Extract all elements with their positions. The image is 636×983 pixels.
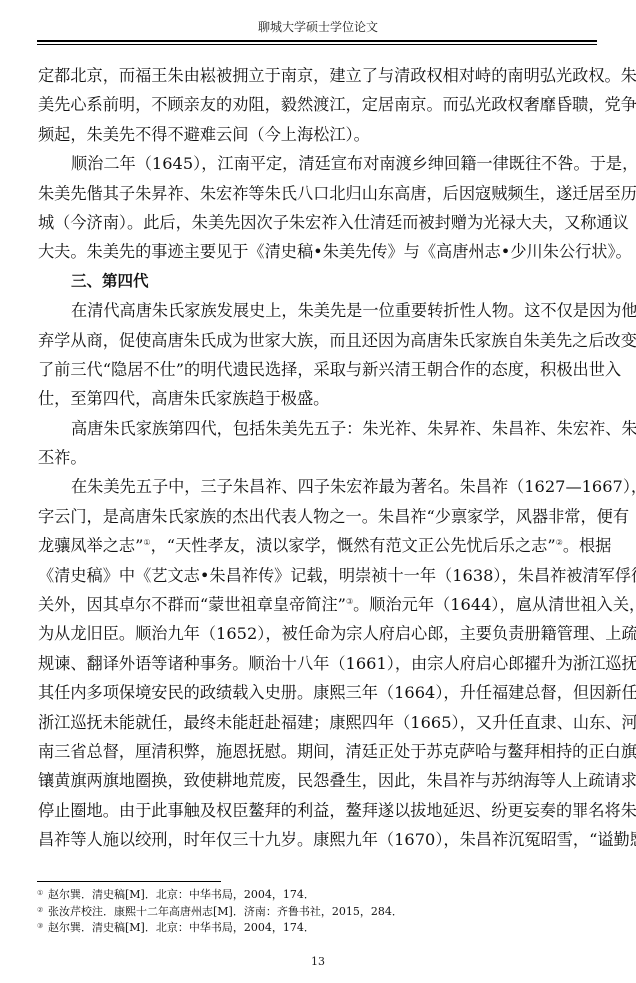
section-heading: 三、第四代 — [38, 267, 598, 296]
body-line: 镶黄旗两旗地圈换，致使耕地荒废，民怨叠生，因此，朱昌祚与苏纳海等人上疏请求 — [38, 766, 598, 795]
footnote-item: ③赵尔巽．清史稿[M]．北京：中华书局，2004，174． — [37, 919, 597, 936]
body-line: 仕，至第四代，高唐朱氏家族趋于极盛。 — [38, 384, 598, 413]
body-line: 弃学从商，促使高唐朱氏成为世家大族，而且还因为高唐朱氏家族自朱美先之后改变 — [38, 326, 598, 355]
body-line: 为从龙旧臣。顺治九年（1652），被任命为宗人府启心郎，主要负责册籍管理、上疏 — [38, 619, 598, 648]
footnote-item: ①赵尔巽．清史稿[M]．北京：中华书局，2004，174． — [37, 886, 597, 903]
body-text-segment: 。根据 — [563, 536, 612, 555]
header-rule-thick — [37, 40, 597, 42]
body-line: 丕祚。 — [38, 443, 598, 472]
footnote-text: 赵尔巽．清史稿[M]．北京：中华书局，2004，174． — [48, 921, 315, 934]
body-line: 南三省总督，厘清积弊，施恩抚慰。期间，清廷正处于苏克萨哈与鳌拜相持的正白旗、 — [38, 737, 598, 766]
footnote-ref-2[interactable]: ② — [556, 538, 563, 547]
footnote-item: ②张汝芹校注．康熙十二年高唐州志[M]．济南：齐鲁书社，2015，284． — [37, 903, 597, 920]
page-number: 13 — [0, 955, 636, 968]
footnote-mark: ③ — [37, 919, 48, 934]
body-text-segment: 。顺治元年（1644），扈从清世祖入关， — [353, 595, 636, 614]
running-header-title: 聊城大学硕士学位论文 — [0, 20, 636, 34]
body-text-segment: 龙骧凤举之志” — [38, 536, 143, 555]
body-text-segment: ，“天性孝友，渍以家学，慨然有范文正公先忧后乐之志” — [151, 536, 556, 555]
body-line: 浙江巡抚未能就任，最终未能赶赴福建；康熙四年（1665），又升任直隶、山东、河 — [38, 708, 598, 737]
body-line: 高唐朱氏家族第四代，包括朱美先五子：朱光祚、朱昇祚、朱昌祚、朱宏祚、朱 — [38, 414, 598, 443]
body-line: 顺治二年（1645），江南平定，清廷宣布对南渡乡绅回籍一律既往不咎。于是， — [38, 149, 598, 178]
footnote-mark: ② — [37, 903, 48, 918]
body-line: 美先心系前明，不顾亲友的劝阻，毅然渡江，定居南京。而弘光政权奢靡昏聩，党争 — [38, 90, 598, 119]
body-line: 其任内多项保境安民的政绩载入史册。康熙三年（1664），升任福建总督，但因新任 — [38, 678, 598, 707]
footnotes: ①赵尔巽．清史稿[M]．北京：中华书局，2004，174． ②张汝芹校注．康熙十… — [37, 886, 597, 936]
body-line: 字云门，是高唐朱氏家族的杰出代表人物之一。朱昌祚“少禀家学，风器非常，便有 — [38, 502, 598, 531]
body-line: 《清史稿》中《艺文志•朱昌祚传》记载，明崇祯十一年（1638），朱昌祚被清军俘往 — [38, 561, 598, 590]
body-line: 了前三代“隐居不仕”的明代遗民选择，采取与新兴清王朝合作的态度，积极出世入 — [38, 355, 598, 384]
header-rule-thin — [37, 44, 597, 45]
body-line: 大夫。朱美先的事迹主要见于《清史稿•朱美先传》与《高唐州志•少川朱公行状》。 — [38, 237, 598, 266]
body-line: 昌祚等人施以绞刑，时年仅三十九岁。康熙九年（1670），朱昌祚沉冤昭雪，“谥勤愍… — [38, 825, 598, 854]
footnote-text: 赵尔巽．清史稿[M]．北京：中华书局，2004，174． — [48, 888, 315, 901]
body-line: 在清代高唐朱氏家族发展史上，朱美先是一位重要转折性人物。这不仅是因为他 — [38, 296, 598, 325]
footnote-text: 张汝芹校注．康熙十二年高唐州志[M]．济南：齐鲁书社，2015，284． — [48, 905, 403, 918]
body-line: 城（今济南）。此后，朱美先因次子朱宏祚入仕清廷而被封赠为光禄大夫，又称通议 — [38, 208, 598, 237]
footnote-mark: ① — [37, 886, 48, 901]
body-line: 频起，朱美先不得不避难云间（今上海松江）。 — [38, 120, 598, 149]
body-text: 定都北京，而福王朱由崧被拥立于南京，建立了与清政权相对峙的南明弘光政权。朱 美先… — [38, 61, 598, 855]
body-line: 停止圈地。由于此事触及权臣鳌拜的利益，鳌拜遂以拔地延迟、纷更妄奏的罪名将朱 — [38, 796, 598, 825]
body-line: 在朱美先五子中，三子朱昌祚、四子朱宏祚最为著名。朱昌祚（1627—1667）， — [38, 472, 598, 501]
footnote-ref-1[interactable]: ① — [143, 538, 150, 547]
body-line: 规谏、翻译外语等诸种事务。顺治十八年（1661），由宗人府启心郎擢升为浙江巡抚， — [38, 649, 598, 678]
body-text-segment: 关外，因其卓尔不群而“蒙世祖章皇帝简注” — [38, 595, 346, 614]
body-line: 朱美先偕其子朱昇祚、朱宏祚等朱氏八口北归山东高唐，后因寇贼频生，遂迁居至历 — [38, 179, 598, 208]
footnote-separator — [37, 881, 221, 882]
body-line: 龙骧凤举之志”①，“天性孝友，渍以家学，慨然有范文正公先忧后乐之志”②。根据 — [38, 531, 598, 560]
body-line: 定都北京，而福王朱由崧被拥立于南京，建立了与清政权相对峙的南明弘光政权。朱 — [38, 61, 598, 90]
body-line: 关外，因其卓尔不群而“蒙世祖章皇帝简注”③。顺治元年（1644），扈从清世祖入关… — [38, 590, 598, 619]
